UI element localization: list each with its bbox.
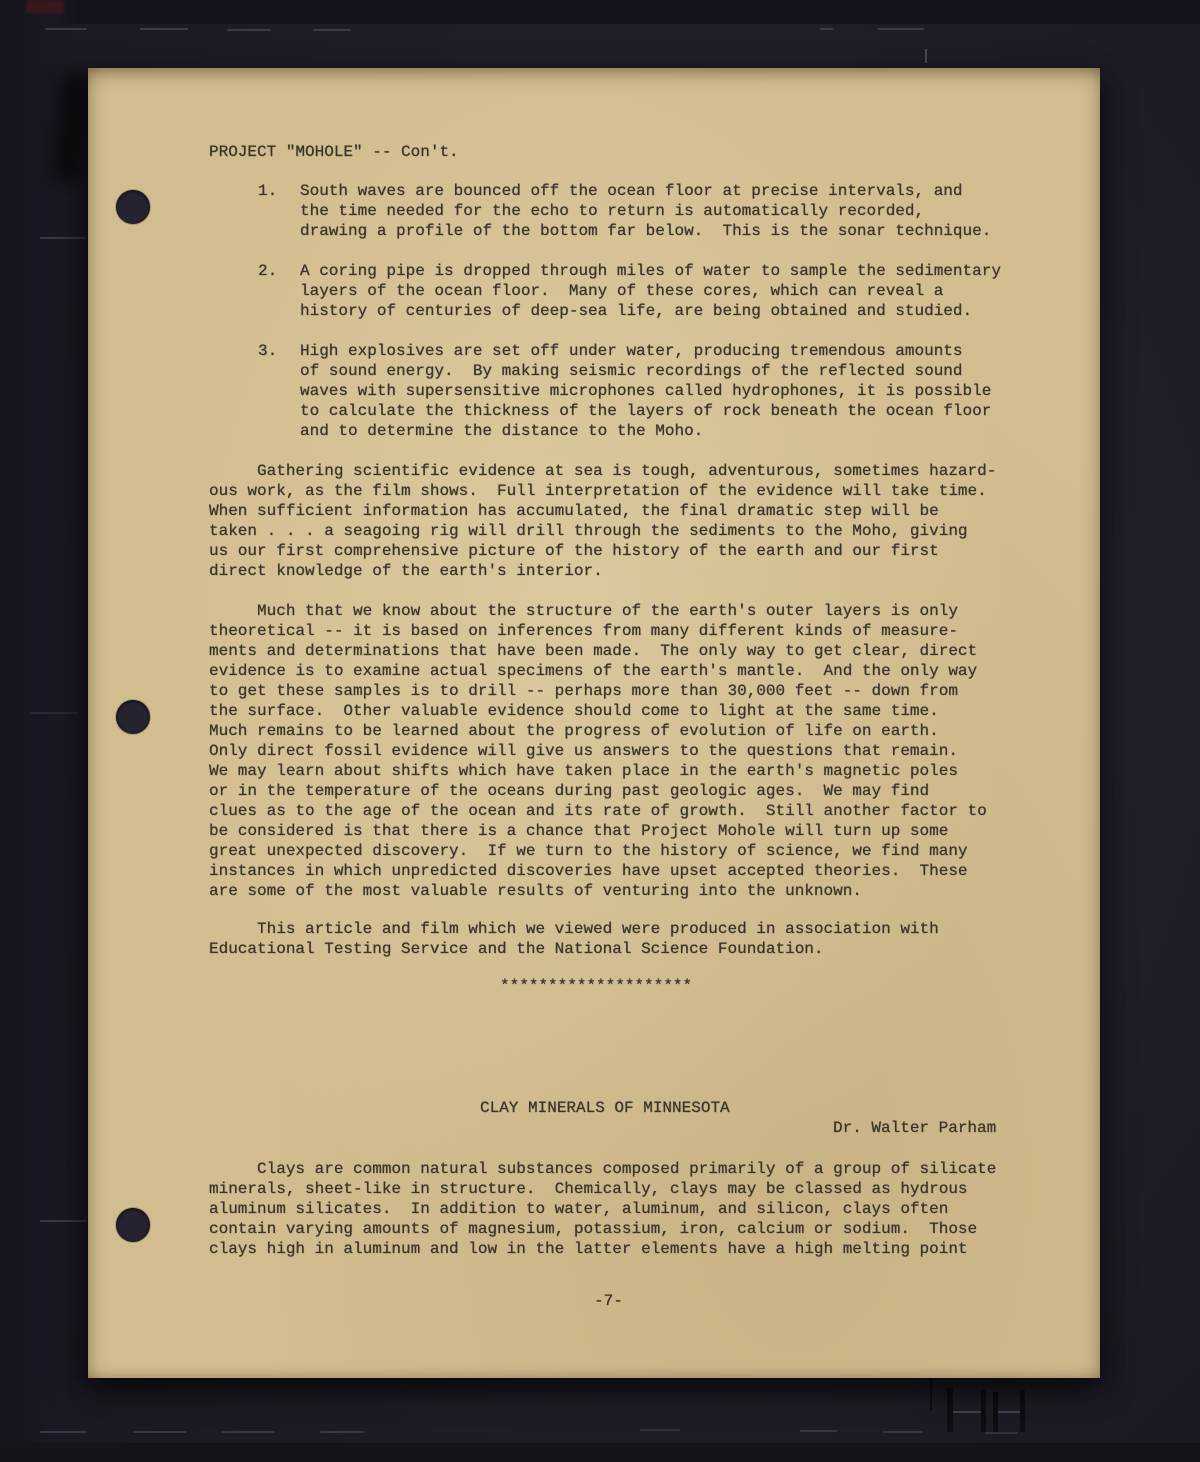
film-mark [40, 1220, 87, 1222]
punch-hole-top [116, 190, 150, 224]
section-title-clay-minerals: CLAY MINERALS OF MINNESOTA [480, 1098, 730, 1118]
film-frame-mark [981, 1390, 986, 1432]
asterisk-separator: ******************** [500, 976, 692, 996]
punch-hole-middle [116, 700, 150, 734]
paragraph-gathering-evidence: Gathering scientific evidence at sea is … [209, 461, 996, 581]
film-mark [227, 29, 271, 31]
film-red-smudge [26, 0, 64, 13]
film-mark [40, 237, 86, 239]
film-mark [140, 28, 188, 30]
film-mark [985, 1432, 1018, 1434]
film-band-left [0, 0, 78, 1462]
paragraph-earth-structure: Much that we know about the structure of… [209, 601, 987, 901]
film-mark [877, 28, 924, 30]
list-item-number: 1. [258, 181, 277, 201]
film-mark [45, 28, 87, 30]
film-mark [40, 1431, 87, 1433]
film-mark [222, 1431, 274, 1433]
film-band-bottom [0, 1443, 1200, 1462]
film-frame-mark [1020, 1390, 1025, 1432]
list-item-text: A coring pipe is dropped through miles o… [300, 261, 1001, 321]
film-mark [925, 49, 927, 63]
section-byline: Dr. Walter Parham [833, 1118, 996, 1138]
list-item-number: 3. [258, 341, 277, 361]
document-heading: PROJECT "MOHOLE" -- Con't. [209, 142, 459, 162]
film-frame-mark [947, 1388, 953, 1432]
film-mark [313, 29, 351, 31]
film-mark [800, 1430, 837, 1432]
list-item-text: South waves are bounced off the ocean fl… [300, 181, 991, 241]
list-item-text: High explosives are set off under water,… [300, 341, 991, 441]
paragraph-clays-intro: Clays are common natural substances comp… [209, 1159, 996, 1259]
film-frame-mark [930, 1377, 932, 1410]
film-frame-mark [953, 1411, 981, 1413]
document-page: PROJECT "MOHOLE" -- Con't. 1. South wave… [88, 68, 1100, 1378]
paragraph-article-credit: This article and film which we viewed we… [209, 919, 939, 959]
film-frame-mark [998, 1411, 1020, 1413]
page-number: -7- [594, 1291, 623, 1311]
film-mark [30, 712, 78, 714]
punch-hole-bottom [116, 1208, 150, 1242]
film-mark [640, 1429, 680, 1431]
film-mark [883, 1431, 923, 1433]
film-mark [320, 1431, 364, 1433]
scan-background: PROJECT "MOHOLE" -- Con't. 1. South wave… [0, 0, 1200, 1462]
film-band-top [0, 0, 1200, 24]
film-mark [133, 1431, 186, 1433]
list-item-number: 2. [258, 261, 277, 281]
film-mark [820, 28, 833, 30]
